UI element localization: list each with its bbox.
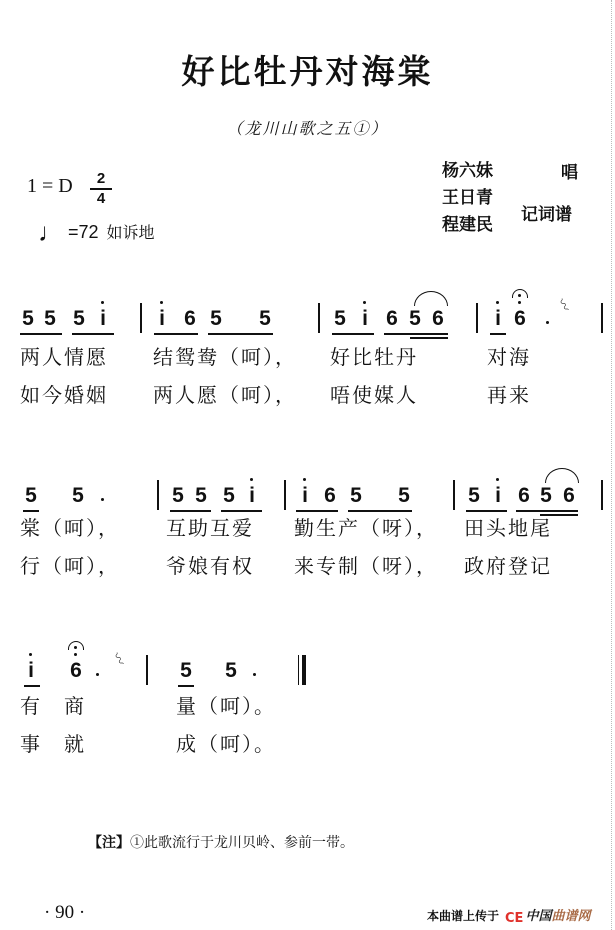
tempo-value: =72	[68, 222, 99, 242]
note-high: i	[490, 307, 506, 331]
note: 5	[20, 307, 36, 331]
underline	[384, 333, 448, 335]
time-signature-top: 2	[90, 171, 112, 187]
augmentation-dot	[253, 673, 256, 676]
lyric: 田头地尾	[464, 512, 552, 541]
lyric: 有	[20, 690, 42, 719]
fermata-icon	[68, 641, 84, 650]
note: 5	[42, 307, 58, 331]
underline	[20, 333, 62, 335]
note: 5	[23, 484, 39, 508]
recorder-role: 记词谱	[521, 200, 572, 225]
credits: 杨六妹 王日青 程建民	[442, 158, 493, 239]
glissando-icon: 〰	[108, 648, 131, 669]
note-high: i	[490, 484, 506, 508]
song-title: 好比牡丹对海棠	[0, 46, 615, 93]
underline	[208, 333, 273, 335]
bar-line	[318, 303, 320, 333]
lyric: 勤生产（呀），	[294, 512, 438, 541]
lyric: 来专制（呀），	[294, 550, 438, 579]
underline	[24, 685, 40, 687]
time-signature: 2 4	[90, 171, 112, 207]
lyric: 行（呵），	[20, 550, 120, 579]
lyric: 棠（呵），	[20, 512, 120, 541]
song-subtitle: （龙川山歌之五①）	[0, 116, 615, 139]
brand-name-part1: 中国	[525, 909, 551, 924]
note: 5	[208, 307, 224, 331]
lyric: 成（呵）。	[176, 728, 276, 757]
page-number: · 90 ·	[44, 902, 85, 924]
footnote: 【注】①此歌流行于龙川贝岭、参前一带。	[88, 832, 354, 852]
slur	[414, 291, 448, 306]
bar-line	[146, 655, 148, 685]
note-high: i	[154, 307, 170, 331]
lyric: 量（呵）。	[176, 690, 276, 719]
singer-name: 杨六妹	[442, 158, 493, 185]
note-high: i	[297, 484, 313, 508]
lyric: 对海	[487, 341, 531, 370]
lyric: 事	[20, 728, 42, 757]
key-signature: 1 = D	[27, 175, 73, 198]
lyric: 互助互爱	[166, 512, 254, 541]
note: 5	[71, 307, 87, 331]
note: 5	[348, 484, 364, 508]
note: 5	[407, 307, 423, 331]
note: 5	[170, 484, 186, 508]
expression-marking: 如诉地	[107, 223, 155, 242]
augmentation-dot	[96, 673, 99, 676]
augmentation-dot	[101, 498, 104, 501]
scan-edge-divider	[611, 0, 615, 930]
note-high: 6	[68, 659, 84, 683]
lyric: 两人愿（呵），	[153, 379, 297, 408]
augmentation-dot	[546, 321, 549, 324]
note: 5	[221, 484, 237, 508]
note: 6	[516, 484, 532, 508]
lyric: 唔使媒人	[330, 379, 418, 408]
note: 5	[466, 484, 482, 508]
brand-name-part2: 曲谱网	[551, 909, 590, 924]
underline	[490, 333, 506, 335]
lyric: 就	[64, 728, 86, 757]
note: 6	[430, 307, 446, 331]
note: 5	[223, 659, 239, 683]
bar-line	[453, 480, 455, 510]
underline	[72, 333, 114, 335]
lyric: 政府登记	[464, 550, 552, 579]
underline	[154, 333, 198, 335]
lyric: 两人情愿	[20, 341, 108, 370]
note: 6	[322, 484, 338, 508]
lyric: 商	[64, 690, 86, 719]
note: 5	[193, 484, 209, 508]
lyric: 好比牡丹	[330, 341, 418, 370]
note: 5	[257, 307, 273, 331]
slur	[545, 468, 579, 483]
note: 5	[396, 484, 412, 508]
underline-double	[410, 337, 448, 339]
note: 5	[70, 484, 86, 508]
note-high: i	[244, 484, 260, 508]
note-high: i	[357, 307, 373, 331]
bar-line	[601, 480, 603, 510]
bar-line	[476, 303, 478, 333]
note: 6	[561, 484, 577, 508]
underline	[332, 333, 374, 335]
upload-credit: 本曲谱上传于CE中国曲谱网	[427, 905, 590, 926]
recorder-name-2: 程建民	[442, 212, 493, 239]
time-signature-bottom: 4	[90, 191, 112, 207]
underline	[178, 685, 194, 687]
quarter-note-icon: ♩	[38, 217, 64, 247]
note: 5	[538, 484, 554, 508]
footnote-text: ①此歌流行于龙川贝岭、参前一带。	[130, 835, 354, 851]
bar-line	[284, 480, 286, 510]
footnote-label: 【注】	[88, 835, 130, 851]
singer-role: 唱	[561, 158, 578, 183]
tempo-marking: ♩=72如诉地	[38, 220, 155, 243]
lyric: 如今婚姻	[20, 379, 108, 408]
recorder-name-1: 王日青	[442, 185, 493, 212]
bar-line	[140, 303, 142, 333]
note-high: i	[95, 307, 111, 331]
bar-line	[157, 480, 159, 510]
fermata-icon	[512, 289, 528, 298]
note: 5	[178, 659, 194, 683]
note: 5	[332, 307, 348, 331]
lyric: 再来	[487, 379, 531, 408]
brand-logo-icon: CE	[505, 911, 523, 926]
glissando-icon: 〰	[553, 294, 576, 315]
note-high: 6	[512, 307, 528, 331]
note: 6	[182, 307, 198, 331]
note-high: i	[23, 659, 39, 683]
lyric: 结鸳鸯（呵），	[153, 341, 297, 370]
note: 6	[384, 307, 400, 331]
upload-text: 本曲谱上传于	[427, 909, 499, 923]
final-bar-line	[298, 655, 306, 685]
lyric: 爷娘有权	[166, 550, 254, 579]
bar-line	[601, 303, 603, 333]
